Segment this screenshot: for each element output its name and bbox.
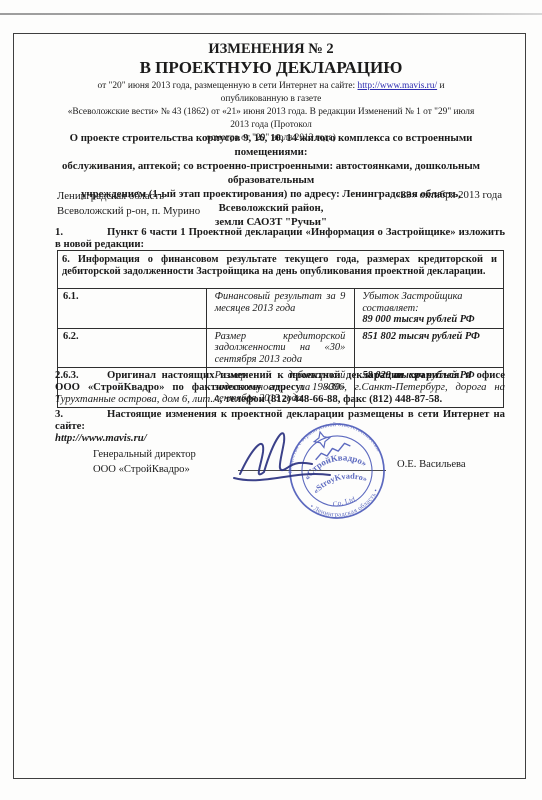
document-title-line1: ИЗМЕНЕНИЯ № 2 — [0, 41, 542, 58]
row-description-cell: Размер кредиторской задолженности на «30… — [206, 328, 355, 368]
row-value-amount: 851 802 тысяч рублей РФ — [362, 331, 499, 343]
table-row: 6.1. Финансовый результат за 9 месяцев 2… — [58, 289, 504, 329]
paragraph-2-number: 2. — [55, 369, 107, 381]
row-description-cell: Финансовый результат за 9 месяцев 2013 г… — [206, 289, 355, 329]
row-value-label: Убыток Застройщика составляет: — [362, 291, 499, 314]
signatory-name: О.Е. Васильева — [397, 459, 466, 470]
paragraph-1-number: 1. — [55, 226, 107, 238]
paragraph-3-number: 3. — [55, 408, 107, 420]
signatory-role: Генеральный директор ООО «СтройКвадро» — [93, 448, 196, 477]
paragraph-2-phones: , телефон (812) 448-66-88, факс (812) 44… — [220, 393, 443, 405]
stamp-co-ltd-text: Co. Ltd. — [332, 494, 358, 509]
mavis-url-link[interactable]: http://www.mavis.ru/ — [358, 81, 438, 91]
project-line1: О проекте строительства корпусов 9, 16, … — [50, 131, 492, 159]
table-header-cell: 6. Информация о финансовом результате те… — [58, 251, 504, 289]
paragraph-2: 2.Оригинал настоящих изменений к проектн… — [55, 369, 505, 405]
row-value-cell: Убыток Застройщика составляет: 89 000 ты… — [355, 289, 504, 329]
row-value-cell: 851 802 тысяч рублей РФ — [355, 328, 504, 368]
signatory-role-line2: ООО «СтройКвадро» — [93, 463, 196, 478]
scan-edge-line — [0, 13, 542, 15]
row-value-amount: 89 000 тысяч рублей РФ — [362, 314, 499, 326]
document-title-line2: В ПРОЕКТНУЮ ДЕКЛАРАЦИЮ — [0, 58, 542, 78]
table-header-row: 6. Информация о финансовом результате те… — [58, 251, 504, 289]
subtitle-text-before-link: от "20" июня 2013 года, размещенную в се… — [98, 81, 358, 91]
location-block: Ленинградская область Всеволожский р-он,… — [57, 189, 200, 219]
row-number-cell: 6.2. — [58, 328, 207, 368]
paragraph-1: 1.Пункт 6 части 1 Проектной декларации «… — [55, 226, 505, 250]
table-row: 6.2. Размер кредиторской задолженности н… — [58, 328, 504, 368]
subtitle-line2: «Всеволожские вести» № 43 (1862) от «21»… — [66, 106, 476, 132]
handwritten-signature — [230, 418, 355, 488]
row-number-cell: 6.1. — [58, 289, 207, 329]
project-line2: обслуживания, аптекой; со встроенно-прис… — [50, 159, 492, 187]
location-region: Ленинградская область — [57, 189, 200, 204]
location-district: Всеволожский р-он, п. Мурино — [57, 204, 200, 219]
document-date: «29» октября 2013 года — [395, 189, 502, 201]
scanned-document-page: ИЗМЕНЕНИЯ № 2 В ПРОЕКТНУЮ ДЕКЛАРАЦИЮ от … — [0, 0, 542, 800]
paragraph-1-text: Пункт 6 части 1 Проектной декларации «Ин… — [55, 226, 505, 250]
signatory-role-line1: Генеральный директор — [93, 448, 196, 463]
